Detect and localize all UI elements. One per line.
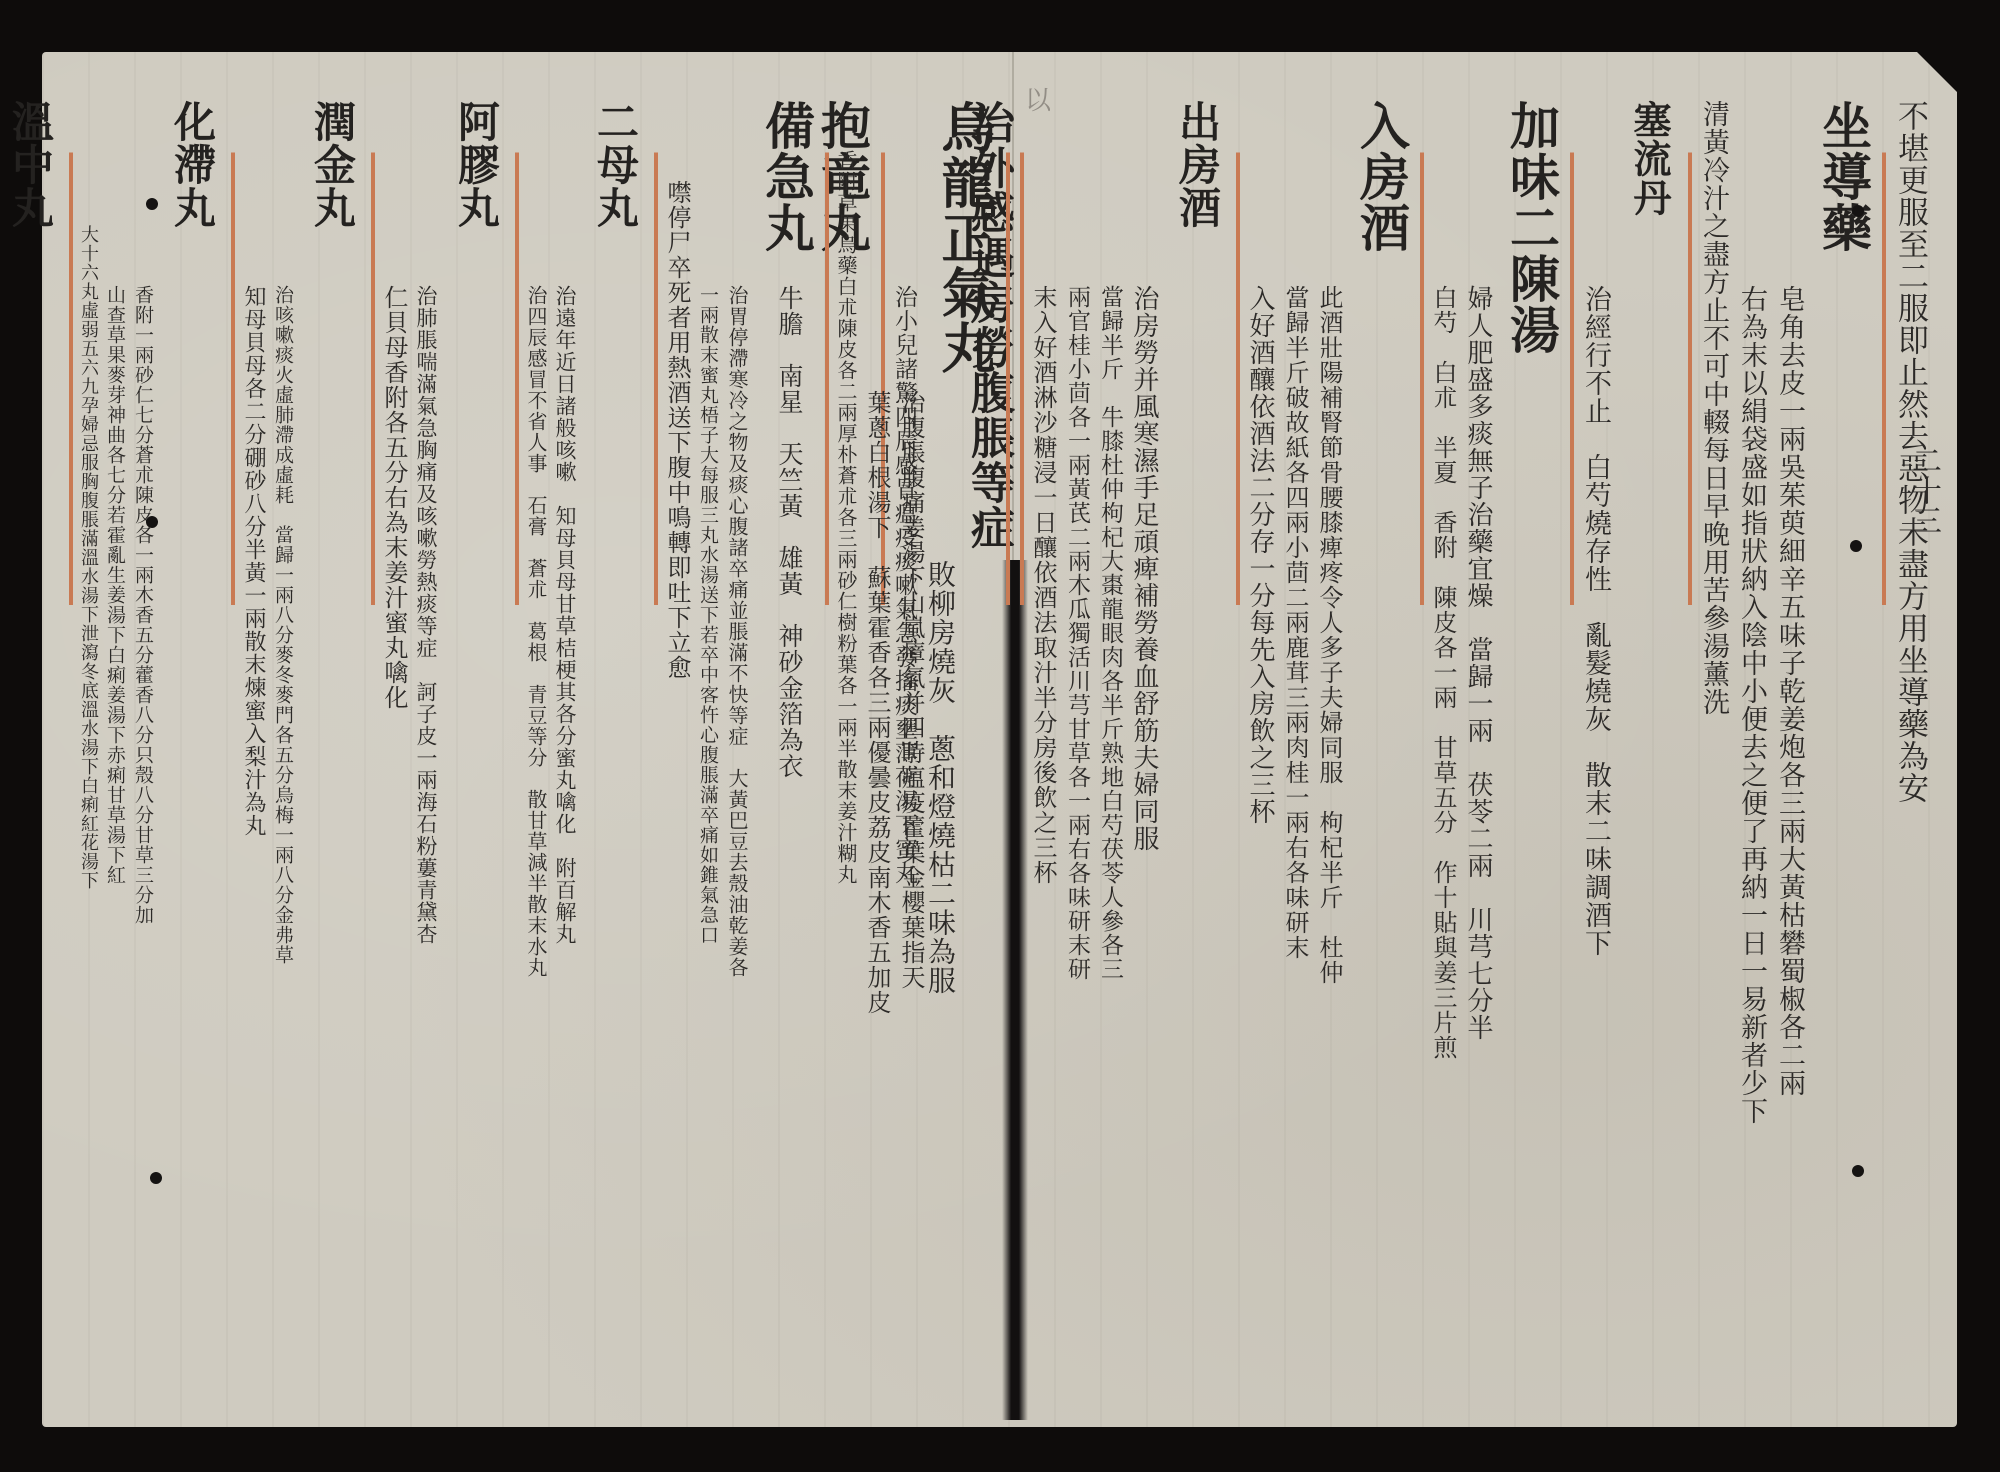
binding-hole (146, 198, 158, 210)
text-column: 末入好酒淋沙糖浸一日釀依酒法取汁半分房後飲之三杯 (1028, 100, 1058, 1430)
text-column: 知母貝母各二分硼砂八分半黃一兩散末煉蜜入梨汁為丸 (239, 100, 267, 1430)
text-column: 香附一兩砂仁七分蒼朮陳皮各一兩木香五分藿香八分只殼八分甘草三分加 (131, 100, 155, 1430)
text-column: 治四辰感冒不省人事 石膏 蒼朮 葛根 青豆等分 散甘草減半散末水丸 (523, 100, 548, 1430)
recipe-title: 塞流丹 (1614, 100, 1692, 1430)
text-column: 此酒壯陽補腎節骨腰膝痺疼令人多子夫婦同服 枸杞半斤 杜仲 (1314, 100, 1344, 1430)
text-column: 不堪更服至二服即止然去惡物未盡方用坐導藥為安 (1890, 100, 1930, 1430)
recipe-title: 坐導藥 (1808, 100, 1886, 1430)
recipe-title: 出房酒 (1162, 100, 1240, 1430)
left-page: 烏龍正氣丸 治腹脹腹痛姜湯下山嵐瘴氣并四時瘟疫藿葉金櫻葉指天 葉蔥白根湯下 蘇葉… (50, 100, 1010, 1430)
text-column: 治胃停滯寒冷之物及痰心腹諸卒痛並脹滿不快等症 大黃巴豆去殼油乾姜各 (724, 100, 749, 1430)
binding-hole (150, 1172, 162, 1184)
recipe-title: 入房酒 (1346, 100, 1424, 1430)
text-column: 葉蔥白根湯下 蘇葉霍香各三兩優曇皮荔皮南木香五加皮 (862, 100, 892, 1430)
recipe-title: 備急丸 (751, 100, 829, 1430)
text-column: 噤停尸卒死者用熱酒送下腹中鳴轉即吐下立愈 (662, 100, 692, 1430)
binding-hole (1850, 540, 1862, 552)
recipe-title: 加味二陳湯 (1496, 100, 1574, 1430)
text-column: 一兩散末蜜丸梧子大每服三丸水湯送下若卒中客忤心腹脹滿卒痛如錐氣急口 (696, 100, 720, 1430)
text-column: 當歸半斤破故紙各四兩小茴二兩鹿茸三兩肉桂一兩右各味研末 (1280, 100, 1310, 1430)
text-column: 香附草果烏藥白朮陳皮各二兩厚朴蒼朮各三兩砂仁樹粉葉各一兩半散末姜汁糊丸 (833, 100, 858, 1430)
recipe-title: 潤金丸 (297, 100, 375, 1430)
right-page: 不堪更服至二服即止然去惡物未盡方用坐導藥為安 坐導藥 皂角去皮一兩吳茱萸細辛五味… (1030, 100, 1930, 1430)
text-column: 大十六丸虛弱五六九孕婦忌服胸腹脹滿溫水湯下泄瀉冬底溫水湯下白痢紅花湯下 (77, 100, 99, 1430)
torn-corner (1917, 52, 1957, 92)
recipe-title: 阿膠丸 (441, 100, 519, 1430)
text-column: 右為末以絹袋盛如指狀納入陰中小便去之便了再納一日一易新者少下 (1734, 100, 1768, 1430)
text-column: 治咳嗽痰火虛肺滯成虛耗 當歸一兩八分麥冬麥門各五分烏梅一兩八分金弗草 (271, 100, 295, 1430)
binding-hole (1852, 205, 1864, 217)
text-column: 婦人肥盛多痰無子治藥宜燥 當歸一兩 茯苓二兩 川芎七分半 (1462, 100, 1494, 1430)
binding-hole (1852, 1165, 1864, 1177)
text-column: 仁貝母香附各五分右為末姜汁蜜丸噙化 (379, 100, 409, 1430)
binding-hole (146, 516, 158, 528)
text-column: 皂角去皮一兩吳茱萸細辛五味子乾姜炮各三兩大黃枯礬蜀椒各二兩 (1772, 100, 1806, 1430)
text-column: 治房勞并風寒濕手足頑痺補勞養血舒筋夫婦同服 (1128, 100, 1160, 1430)
recipe-title: 化滯丸 (157, 100, 235, 1430)
text-column: 入好酒釀依酒法二分存一分每先入房飲之三杯 (1244, 100, 1276, 1430)
recipe-title: 溫中丸 (0, 100, 73, 1430)
recipe-title: 二母丸 (580, 100, 658, 1430)
text-column: 當歸半斤 牛膝杜仲枸杞大棗龍眼肉各半斤熟地白芍茯苓人參各三 (1095, 100, 1124, 1430)
text-column: 治肺脹喘滿氣急胸痛及咳嗽勞熱痰等症 訶子皮一兩海石粉蔞青黛杏 (413, 100, 439, 1430)
text-column: 兩官桂小茴各一兩黃芪二兩木瓜獨活川芎甘草各一兩右各味研末研 (1062, 100, 1091, 1430)
text-column: 治腹脹腹痛姜湯下山嵐瘴氣并四時瘟疫藿葉金櫻葉指天 (896, 100, 926, 1430)
text-column: 治經行不止 白芍燒存性 亂髮燒灰 散末二味調酒下 (1578, 100, 1612, 1430)
text-column: 治遠年近日諸般咳嗽 知母貝母甘草桔梗其各分蜜丸噙化 附百解丸 (552, 100, 578, 1430)
recipe-title: 烏龍正氣丸 (928, 100, 1010, 1430)
text-column: 白芍 白朮 半夏 香附 陳皮各一兩 甘草五分 作十貼與姜三片煎 (1428, 100, 1458, 1430)
text-column: 清黃冷汁之盡方止不可中輟每日早晚用苦參湯薰洗 (1696, 100, 1730, 1430)
text-column: 山查草果麥芽神曲各七分若霍亂生姜湯下白痢姜湯下赤痢甘草湯下紅 (103, 100, 127, 1430)
